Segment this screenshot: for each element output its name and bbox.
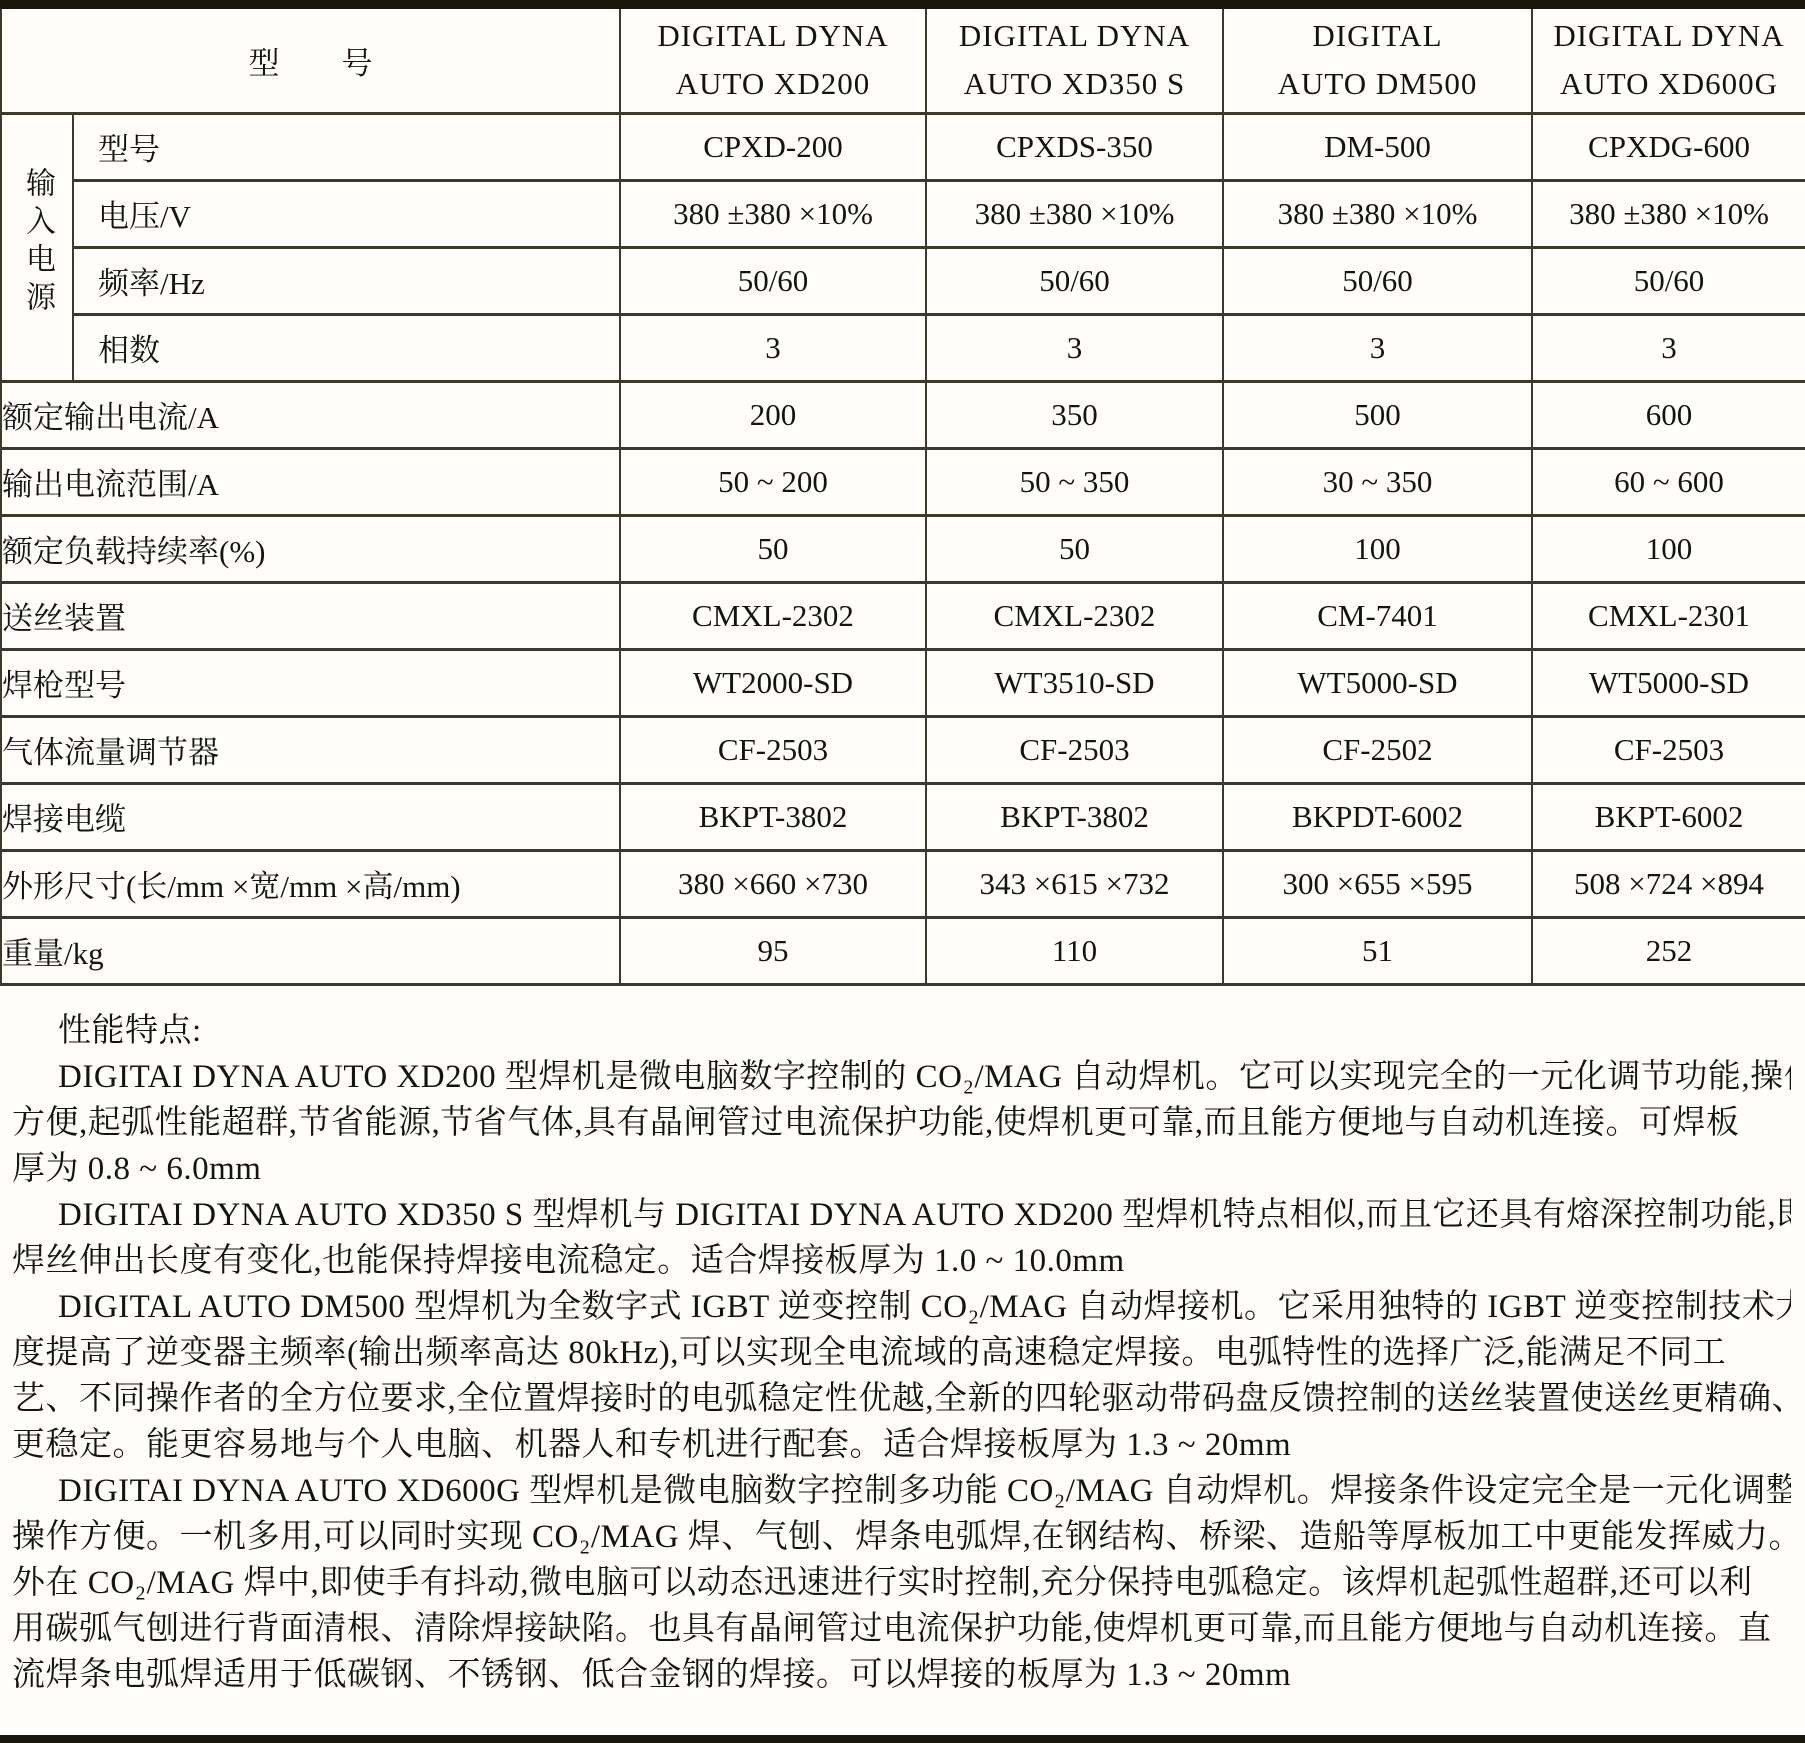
cell-value: 95 xyxy=(620,917,926,984)
cell-value: 508 ×724 ×894 xyxy=(1532,850,1805,917)
cell-value: 50/60 xyxy=(1223,247,1532,314)
feature-line: 流焊条电弧焊适用于低碳钢、不锈钢、低合金钢的焊接。可以焊接的板厚为 1.3 ~ … xyxy=(12,1652,1791,1698)
table-row: 焊接电缆BKPT-3802BKPT-3802BKPDT-6002BKPT-600… xyxy=(1,783,1805,850)
row-label: 额定负载持续率(%) xyxy=(1,515,620,582)
table-row: 输入电源型号CPXD-200CPXDS-350DM-500CPXDG-600 xyxy=(1,113,1805,180)
cell-value: WT2000-SD xyxy=(620,649,926,716)
row-label: 送丝装置 xyxy=(1,582,620,649)
row-label: 焊接电缆 xyxy=(1,783,620,850)
cell-value: 50/60 xyxy=(926,247,1223,314)
model-name-line: DIGITAL DYNA xyxy=(927,12,1222,60)
cell-value: 100 xyxy=(1532,515,1805,582)
cell-value: 60 ~ 600 xyxy=(1532,448,1805,515)
cell-value: 380 ±380 ×10% xyxy=(1532,180,1805,247)
model-name-line: AUTO XD350 S xyxy=(927,60,1222,108)
cell-value: 50 ~ 200 xyxy=(620,448,926,515)
row-group-label-text: 输入电源 xyxy=(2,167,72,319)
feature-line: 操作方便。一机多用,可以同时实现 CO₂/MAG 焊、气刨、焊条电弧焊,在钢结构… xyxy=(12,1514,1791,1560)
cell-value: 100 xyxy=(1223,515,1532,582)
cell-value: BKPDT-6002 xyxy=(1223,783,1532,850)
row-label: 外形尺寸(长/mm ×宽/mm ×高/mm) xyxy=(1,850,620,917)
cell-value: CMXL-2302 xyxy=(926,582,1223,649)
cell-value: CMXL-2301 xyxy=(1532,582,1805,649)
feature-line: DIGITAL AUTO DM500 型焊机为全数字式 IGBT 逆变控制 CO… xyxy=(12,1284,1791,1330)
cell-value: 51 xyxy=(1223,917,1532,984)
cell-value: CF-2503 xyxy=(620,716,926,783)
cell-value: CMXL-2302 xyxy=(620,582,926,649)
cell-value: 600 xyxy=(1532,381,1805,448)
row-group-label-input-power: 输入电源 xyxy=(1,113,73,381)
table-row: 送丝装置CMXL-2302CMXL-2302CM-7401CMXL-2301 xyxy=(1,582,1805,649)
page-top-rule xyxy=(0,0,1805,9)
cell-value: WT3510-SD xyxy=(926,649,1223,716)
row-label: 频率/Hz xyxy=(73,247,620,314)
feature-line: 度提高了逆变器主频率(输出频率高达 80kHz),可以实现全电流域的高速稳定焊接… xyxy=(12,1330,1791,1376)
cell-value: DM-500 xyxy=(1223,113,1532,180)
cell-value: 350 xyxy=(926,381,1223,448)
cell-value: 50 xyxy=(926,515,1223,582)
cell-value: 3 xyxy=(926,314,1223,381)
feature-line: DIGITAI DYNA AUTO XD350 S 型焊机与 DIGITAI D… xyxy=(12,1192,1791,1238)
cell-value: 50 xyxy=(620,515,926,582)
cell-value: CPXDS-350 xyxy=(926,113,1223,180)
cell-value: 50/60 xyxy=(620,247,926,314)
table-row: 外形尺寸(长/mm ×宽/mm ×高/mm)380 ×660 ×730343 ×… xyxy=(1,850,1805,917)
model-name-line: AUTO DM500 xyxy=(1224,60,1531,108)
cell-value: 110 xyxy=(926,917,1223,984)
table-row: 重量/kg9511051252 xyxy=(1,917,1805,984)
row-label: 额定输出电流/A xyxy=(1,381,620,448)
cell-value: 380 ×660 ×730 xyxy=(620,850,926,917)
model-name-line: DIGITAL DYNA xyxy=(621,12,925,60)
feature-line: DIGITAI DYNA AUTO XD600G 型焊机是微电脑数字控制多功能 … xyxy=(12,1468,1791,1514)
table-row: 额定负载持续率(%)5050100100 xyxy=(1,515,1805,582)
cell-value: 343 ×615 ×732 xyxy=(926,850,1223,917)
cell-value: CM-7401 xyxy=(1223,582,1532,649)
row-label: 相数 xyxy=(73,314,620,381)
page-bottom-rule xyxy=(0,1735,1805,1743)
row-label: 焊枪型号 xyxy=(1,649,620,716)
cell-value: 500 xyxy=(1223,381,1532,448)
feature-line: 焊丝伸出长度有变化,也能保持焊接电流稳定。适合焊接板厚为 1.0 ~ 10.0m… xyxy=(12,1238,1791,1284)
features-heading: 性能特点: xyxy=(12,1008,1791,1054)
feature-line: 外在 CO₂/MAG 焊中,即使手有抖动,微电脑可以动态迅速进行实时控制,充分保… xyxy=(12,1560,1791,1606)
header-col-xd350s: DIGITAL DYNA AUTO XD350 S xyxy=(926,9,1223,113)
table-row: 额定输出电流/A200350500600 xyxy=(1,381,1805,448)
model-name-line: DIGITAL DYNA xyxy=(1533,12,1805,60)
table-row: 电压/V380 ±380 ×10%380 ±380 ×10%380 ±380 ×… xyxy=(1,180,1805,247)
cell-value: WT5000-SD xyxy=(1532,649,1805,716)
model-name-line: AUTO XD200 xyxy=(621,60,925,108)
header-model-label: 型 号 xyxy=(1,9,620,113)
cell-value: CF-2503 xyxy=(1532,716,1805,783)
cell-value: 380 ±380 ×10% xyxy=(1223,180,1532,247)
table-row: 气体流量调节器CF-2503CF-2503CF-2502CF-2503 xyxy=(1,716,1805,783)
header-col-dm500: DIGITAL AUTO DM500 xyxy=(1223,9,1532,113)
cell-value: 380 ±380 ×10% xyxy=(620,180,926,247)
row-label: 输出电流范围/A xyxy=(1,448,620,515)
row-label: 型号 xyxy=(73,113,620,180)
model-name-line: AUTO XD600G xyxy=(1533,60,1805,108)
cell-value: CPXD-200 xyxy=(620,113,926,180)
cell-value: BKPT-3802 xyxy=(926,783,1223,850)
feature-line: 厚为 0.8 ~ 6.0mm xyxy=(12,1146,1791,1192)
model-name-line: DIGITAL xyxy=(1224,12,1531,60)
row-label: 电压/V xyxy=(73,180,620,247)
row-label: 气体流量调节器 xyxy=(1,716,620,783)
cell-value: 200 xyxy=(620,381,926,448)
feature-line: 艺、不同操作者的全方位要求,全位置焊接时的电弧稳定性优越,全新的四轮驱动带码盘反… xyxy=(12,1376,1791,1422)
header-col-xd600g: DIGITAL DYNA AUTO XD600G xyxy=(1532,9,1805,113)
cell-value: 50 ~ 350 xyxy=(926,448,1223,515)
table-row: 相数3333 xyxy=(1,314,1805,381)
cell-value: 50/60 xyxy=(1532,247,1805,314)
table-row: 频率/Hz50/6050/6050/6050/60 xyxy=(1,247,1805,314)
header-col-xd200: DIGITAL DYNA AUTO XD200 xyxy=(620,9,926,113)
feature-line: 用碳弧气刨进行背面清根、清除焊接缺陷。也具有晶闸管过电流保护功能,使焊机更可靠,… xyxy=(12,1606,1791,1652)
table-header-row: 型 号 DIGITAL DYNA AUTO XD200 DIGITAL DYNA… xyxy=(1,9,1805,113)
cell-value: CPXDG-600 xyxy=(1532,113,1805,180)
cell-value: CF-2503 xyxy=(926,716,1223,783)
cell-value: 3 xyxy=(1223,314,1532,381)
spec-table-body: 输入电源型号CPXD-200CPXDS-350DM-500CPXDG-600电压… xyxy=(1,113,1805,984)
cell-value: CF-2502 xyxy=(1223,716,1532,783)
row-label: 重量/kg xyxy=(1,917,620,984)
cell-value: 30 ~ 350 xyxy=(1223,448,1532,515)
cell-value: 3 xyxy=(1532,314,1805,381)
cell-value: 252 xyxy=(1532,917,1805,984)
table-row: 输出电流范围/A50 ~ 20050 ~ 35030 ~ 35060 ~ 600 xyxy=(1,448,1805,515)
cell-value: 3 xyxy=(620,314,926,381)
feature-line: 更稳定。能更容易地与个人电脑、机器人和专机进行配套。适合焊接板厚为 1.3 ~ … xyxy=(12,1422,1791,1468)
feature-line: DIGITAI DYNA AUTO XD200 型焊机是微电脑数字控制的 CO₂… xyxy=(12,1054,1791,1100)
table-row: 焊枪型号WT2000-SDWT3510-SDWT5000-SDWT5000-SD xyxy=(1,649,1805,716)
cell-value: BKPT-6002 xyxy=(1532,783,1805,850)
cell-value: BKPT-3802 xyxy=(620,783,926,850)
cell-value: 380 ±380 ×10% xyxy=(926,180,1223,247)
features-section: 性能特点: DIGITAI DYNA AUTO XD200 型焊机是微电脑数字控… xyxy=(0,986,1805,1698)
feature-line: 方便,起弧性能超群,节省能源,节省气体,具有晶闸管过电流保护功能,使焊机更可靠,… xyxy=(12,1100,1791,1146)
cell-value: 300 ×655 ×595 xyxy=(1223,850,1532,917)
cell-value: WT5000-SD xyxy=(1223,649,1532,716)
spec-table: 型 号 DIGITAL DYNA AUTO XD200 DIGITAL DYNA… xyxy=(0,9,1805,986)
